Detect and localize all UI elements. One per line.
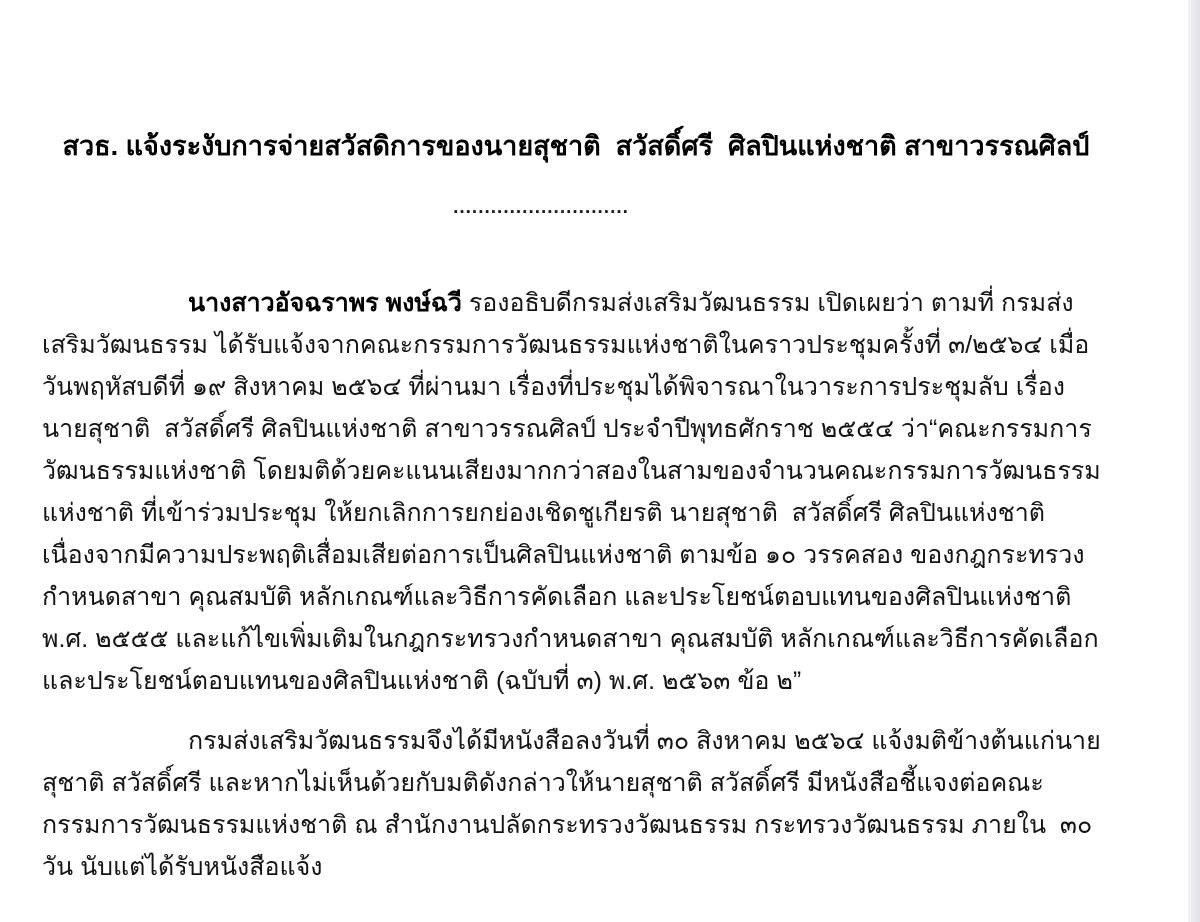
document-body: นางสาวอัจฉราพร พงษ์ฉวี รองอธิบดีกรมส่งเส… (42, 282, 1110, 888)
speaker-name-bold: นางสาวอัจฉราพร พงษ์ฉวี (188, 289, 462, 317)
paragraph-2: กรมส่งเสริมวัฒนธรรมจึงได้มีหนังสือลงวันท… (42, 720, 1110, 888)
dotted-separator: ............................ (42, 198, 1040, 218)
document-page: สวธ. แจ้งระงับการจ่ายสวัสดิการของนายสุชา… (42, 128, 1110, 888)
scrollbar-track[interactable] (1188, 0, 1200, 922)
paragraph-2-text: กรมส่งเสริมวัฒนธรรมจึงได้มีหนังสือลงวันท… (42, 727, 1101, 881)
paragraph-1: นางสาวอัจฉราพร พงษ์ฉวี รองอธิบดีกรมส่งเส… (42, 282, 1110, 702)
document-title: สวธ. แจ้งระงับการจ่ายสวัสดิการของนายสุชา… (42, 128, 1110, 164)
paragraph-1-text: รองอธิบดีกรมส่งเสริมวัฒนธรรม เปิดเผยว่า … (42, 289, 1106, 695)
